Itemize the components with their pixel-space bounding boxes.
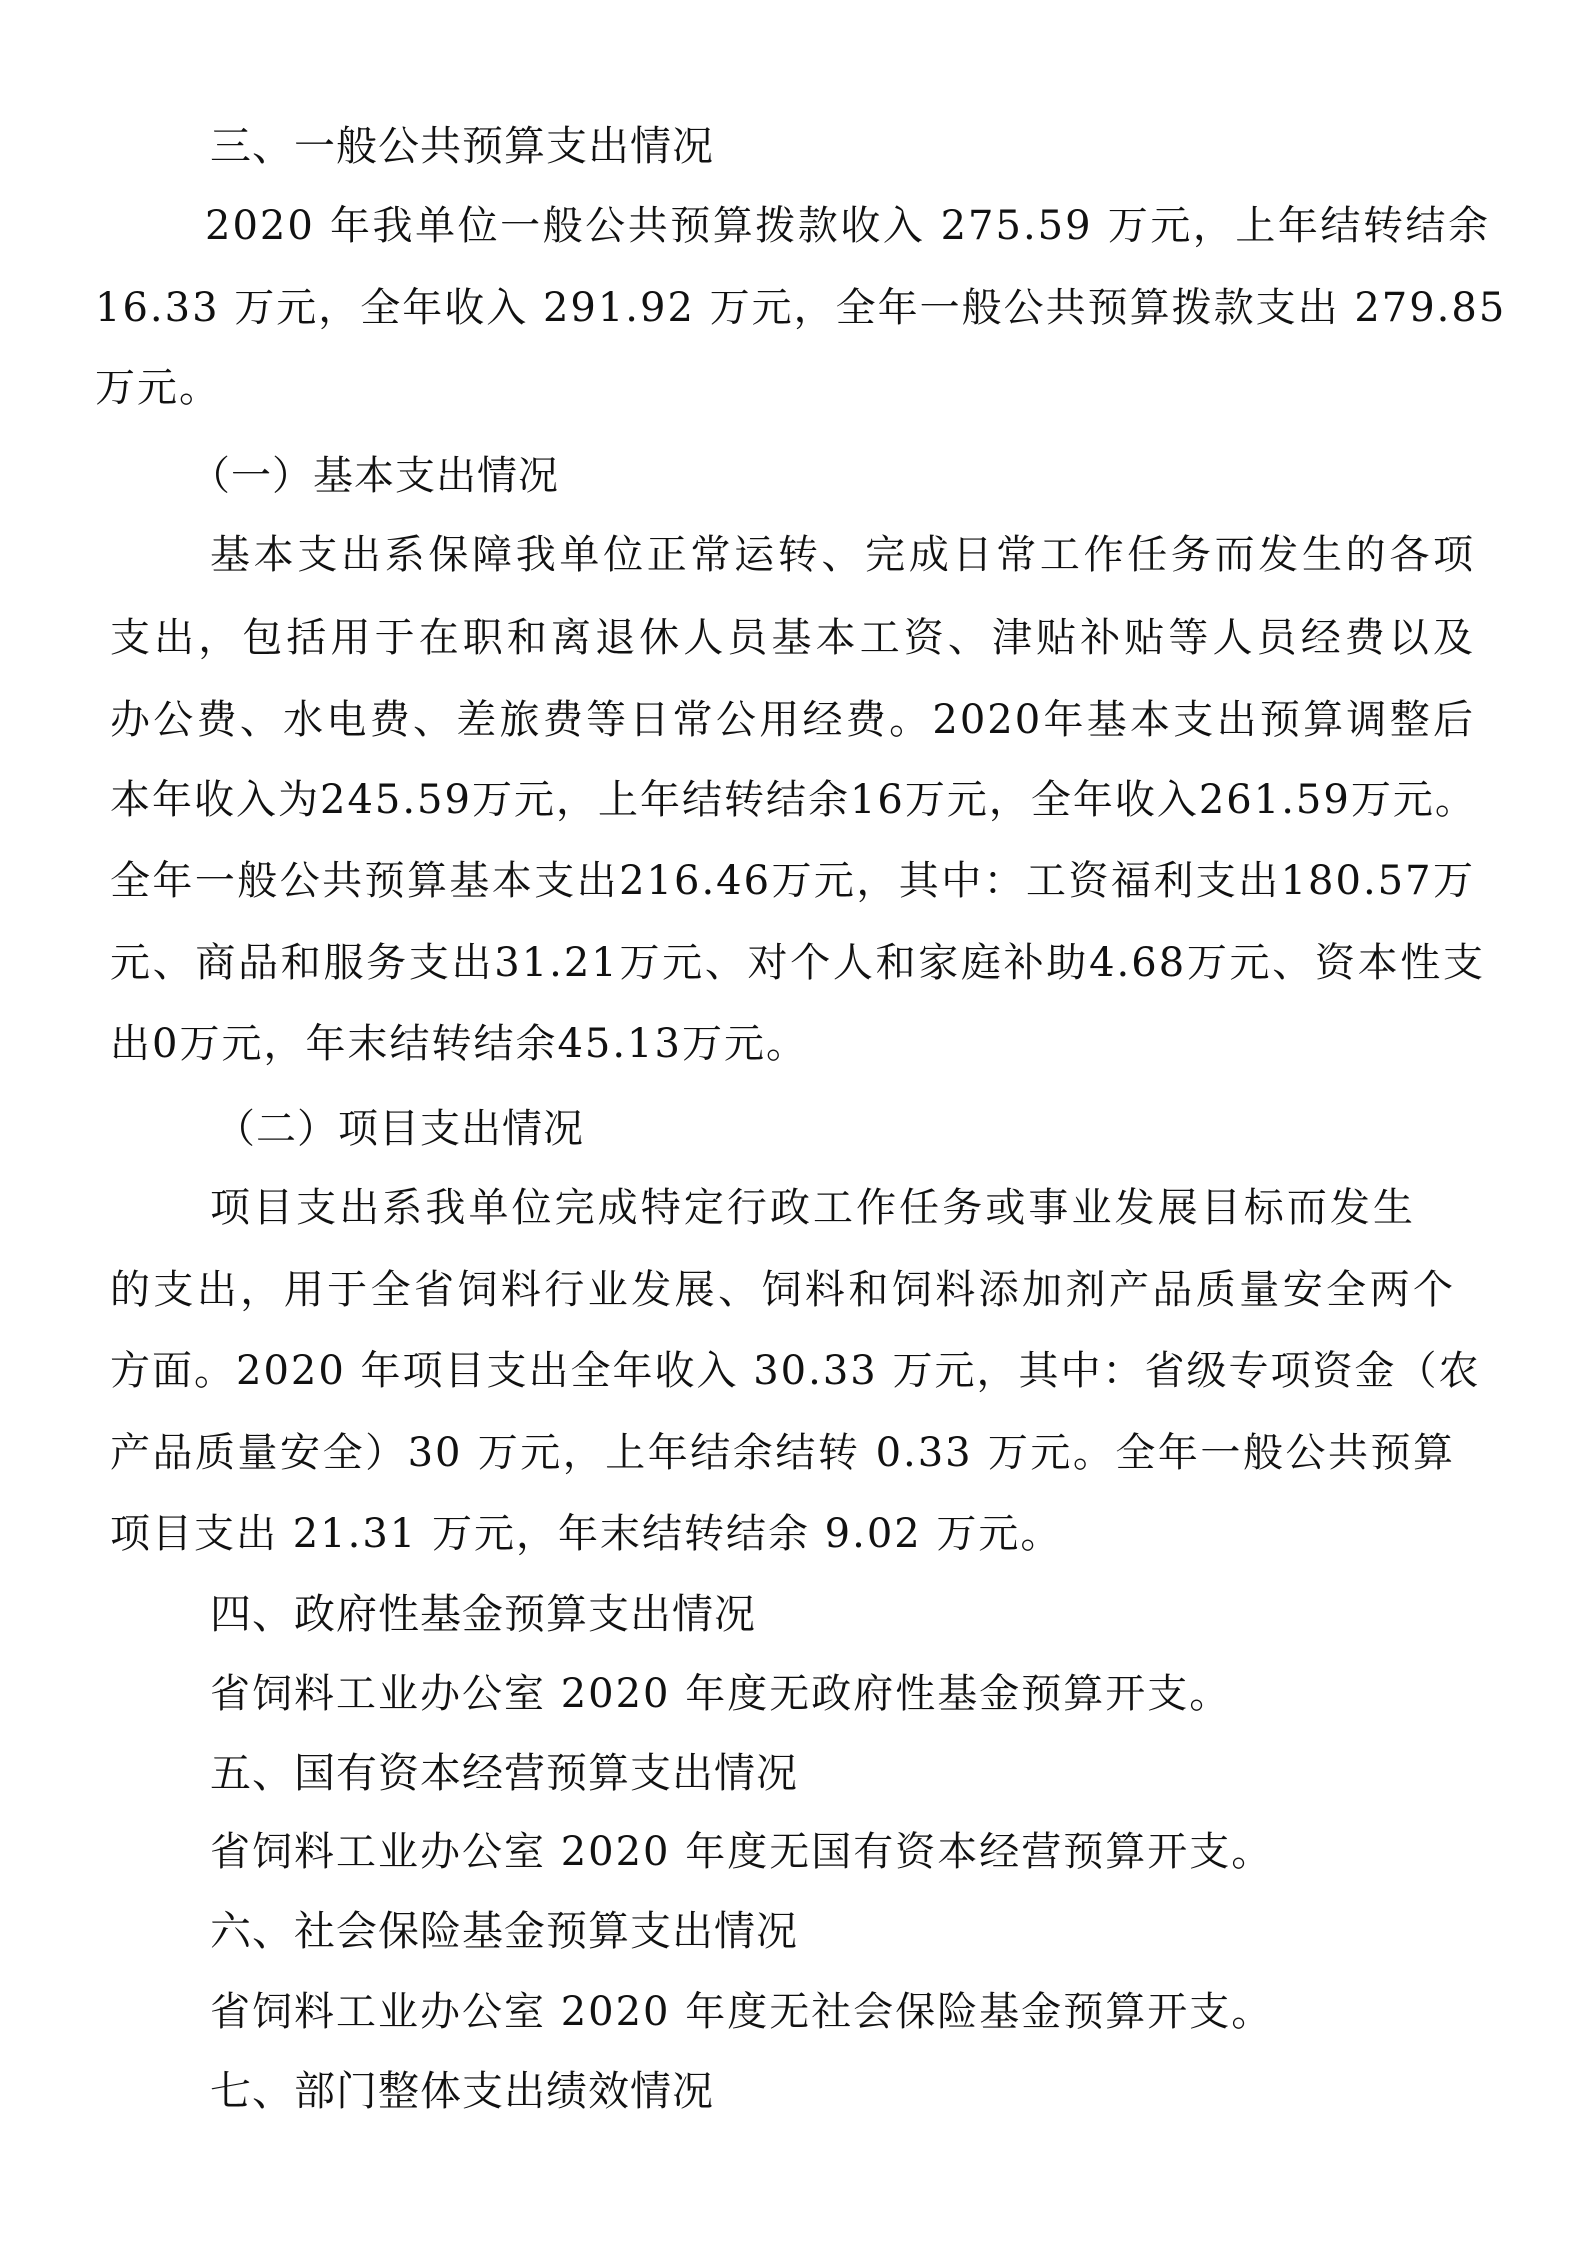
- section-heading-general-public-budget: 三、一般公共预算支出情况: [210, 118, 714, 174]
- section-heading-social-insurance-budget: 六、社会保险基金预算支出情况: [210, 1903, 798, 1959]
- paragraph-line: 2020 年我单位一般公共预算拨款收入 275.59 万元，上年结转结余: [205, 198, 1490, 254]
- paragraph-line: 方面。2020 年项目支出全年收入 30.33 万元，其中：省级专项资金（农: [110, 1343, 1455, 1399]
- paragraph-line: 万元。: [95, 360, 221, 416]
- paragraph-line: 支出，包括用于在职和离退休人员基本工资、津贴补贴等人员经费以及: [110, 610, 1475, 666]
- paragraph-line: 项目支出 21.31 万元，年末结转结余 9.02 万元。: [110, 1506, 1062, 1562]
- paragraph-line: 项目支出系我单位完成特定行政工作任务或事业发展目标而发生: [210, 1180, 1415, 1236]
- section-heading-overall-performance: 七、部门整体支出绩效情况: [210, 2063, 714, 2119]
- paragraph-line: 省饲料工业办公室 2020 年度无社会保险基金预算开支。: [210, 1984, 1273, 2040]
- paragraph-line: 16.33 万元，全年收入 291.92 万元，全年一般公共预算拨款支出 279…: [95, 280, 1490, 336]
- section-heading-government-fund-budget: 四、政府性基金预算支出情况: [210, 1586, 756, 1642]
- paragraph-line: 本年收入为245.59万元，上年结转结余16万元，全年收入261.59万元。: [110, 772, 1475, 828]
- subsection-heading-project-expenditure: （二）项目支出情况: [215, 1101, 584, 1157]
- paragraph-line: 的支出，用于全省饲料行业发展、饲料和饲料添加剂产品质量安全两个: [110, 1262, 1455, 1318]
- paragraph-line: 基本支出系保障我单位正常运转、完成日常工作任务而发生的各项: [210, 527, 1475, 583]
- paragraph-line: 省饲料工业办公室 2020 年度无政府性基金预算开支。: [210, 1666, 1231, 1722]
- paragraph-line: 办公费、水电费、差旅费等日常公用经费。2020年基本支出预算调整后: [110, 692, 1475, 748]
- paragraph-line: 省饲料工业办公室 2020 年度无国有资本经营预算开支。: [210, 1824, 1273, 1880]
- document-page: 三、一般公共预算支出情况 2020 年我单位一般公共预算拨款收入 275.59 …: [0, 0, 1587, 2245]
- subsection-heading-basic-expenditure: （一）基本支出情况: [190, 448, 559, 504]
- paragraph-line: 元、商品和服务支出31.21万元、对个人和家庭补助4.68万元、资本性支: [110, 935, 1485, 991]
- section-heading-state-capital-budget: 五、国有资本经营预算支出情况: [210, 1745, 798, 1801]
- paragraph-line: 产品质量安全）30 万元，上年结余结转 0.33 万元。全年一般公共预算: [110, 1425, 1455, 1481]
- paragraph-line: 全年一般公共预算基本支出216.46万元，其中：工资福利支出180.57万: [110, 853, 1475, 909]
- paragraph-line: 出0万元，年末结转结余45.13万元。: [110, 1016, 808, 1072]
